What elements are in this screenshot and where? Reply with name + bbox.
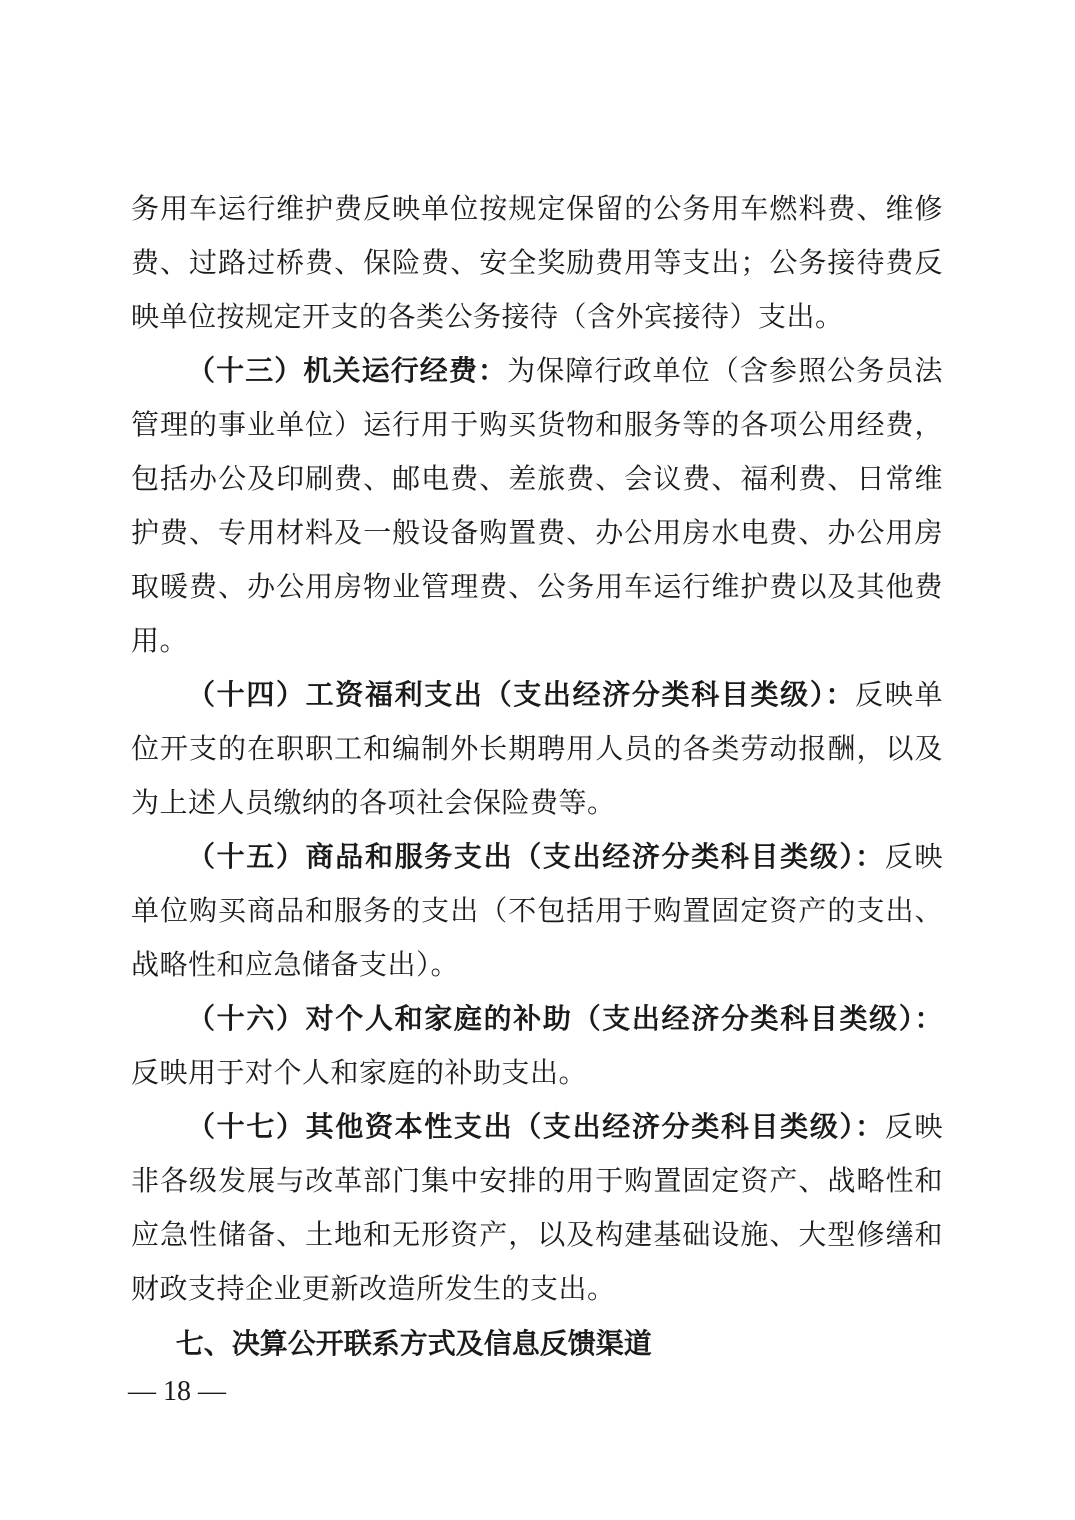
line-regular-segment: 包括办公及印刷费、邮电费、差旅费、会议费、福利费、日常维 bbox=[131, 464, 943, 495]
text-line: 映单位按规定开支的各类公务接待（含外宾接待）支出。 bbox=[131, 291, 943, 345]
text-line: 取暖费、办公用房物业管理费、公务用车运行维护费以及其他费 bbox=[131, 561, 943, 615]
text-line: 单位购买商品和服务的支出（不包括用于购置固定资产的支出、 bbox=[131, 885, 943, 939]
line-bold-segment: 七、决算公开联系方式及信息反馈渠道 bbox=[176, 1328, 652, 1359]
line-regular-segment: 费、过路过桥费、保险费、安全奖励费用等支出；公务接待费反 bbox=[131, 248, 943, 279]
line-regular-segment: 为上述人员缴纳的各项社会保险费等。 bbox=[131, 788, 616, 819]
line-regular-segment: 务用车运行维护费反映单位按规定保留的公务用车燃料费、维修 bbox=[131, 194, 943, 225]
text-line: 务用车运行维护费反映单位按规定保留的公务用车燃料费、维修 bbox=[131, 183, 943, 237]
line-bold-segment: （十三）机关运行经费： bbox=[187, 356, 507, 387]
text-line: 护费、专用材料及一般设备购置费、办公用房水电费、办公用房 bbox=[131, 507, 943, 561]
text-line: （十六）对个人和家庭的补助（支出经济分类科目类级）： bbox=[131, 993, 943, 1047]
document-page: 务用车运行维护费反映单位按规定保留的公务用车燃料费、维修 费、过路过桥费、保险费… bbox=[0, 0, 1075, 1520]
text-line: 反映用于对个人和家庭的补助支出。 bbox=[131, 1047, 943, 1101]
line-bold-segment: （十七）其他资本性支出（支出经济分类科目类级）： bbox=[187, 1112, 885, 1143]
text-line: 管理的事业单位）运行用于购买货物和服务等的各项公用经费， bbox=[131, 399, 943, 453]
line-bold-segment: （十五）商品和服务支出（支出经济分类科目类级）： bbox=[187, 842, 885, 873]
line-regular-segment: 非各级发展与改革部门集中安排的用于购置固定资产、战略性和 bbox=[131, 1166, 943, 1197]
line-regular-segment: 单位购买商品和服务的支出（不包括用于购置固定资产的支出、 bbox=[131, 896, 943, 927]
line-regular-segment: 为保障行政单位（含参照公务员法 bbox=[507, 356, 943, 387]
text-block: 务用车运行维护费反映单位按规定保留的公务用车燃料费、维修 费、过路过桥费、保险费… bbox=[131, 183, 943, 1371]
text-line: （十七）其他资本性支出（支出经济分类科目类级）：反映 bbox=[131, 1101, 943, 1155]
text-line: 位开支的在职职工和编制外长期聘用人员的各类劳动报酬，以及 bbox=[131, 723, 943, 777]
text-line: 非各级发展与改革部门集中安排的用于购置固定资产、战略性和 bbox=[131, 1155, 943, 1209]
text-line: （十三）机关运行经费：为保障行政单位（含参照公务员法 bbox=[131, 345, 943, 399]
line-regular-segment: 管理的事业单位）运行用于购买货物和服务等的各项公用经费， bbox=[131, 410, 943, 441]
line-regular-segment: 应急性储备、土地和无形资产，以及构建基础设施、大型修缮和 bbox=[131, 1220, 943, 1251]
text-line: 应急性储备、土地和无形资产，以及构建基础设施、大型修缮和 bbox=[131, 1209, 943, 1263]
line-regular-segment: 财政支持企业更新改造所发生的支出。 bbox=[131, 1274, 616, 1305]
line-regular-segment: 护费、专用材料及一般设备购置费、办公用房水电费、办公用房 bbox=[131, 518, 943, 549]
text-line: 财政支持企业更新改造所发生的支出。 bbox=[131, 1263, 943, 1317]
line-regular-segment: 用。 bbox=[131, 626, 188, 657]
line-bold-segment: （十六）对个人和家庭的补助（支出经济分类科目类级）： bbox=[187, 1004, 943, 1035]
line-regular-segment: 位开支的在职职工和编制外长期聘用人员的各类劳动报酬，以及 bbox=[131, 734, 943, 765]
line-regular-segment: 战略性和应急储备支出）。 bbox=[131, 950, 459, 981]
line-regular-segment: 反映 bbox=[885, 842, 943, 873]
text-line: 用。 bbox=[131, 615, 943, 669]
text-line: 战略性和应急储备支出）。 bbox=[131, 939, 943, 993]
text-line: 费、过路过桥费、保险费、安全奖励费用等支出；公务接待费反 bbox=[131, 237, 943, 291]
line-regular-segment: 反映用于对个人和家庭的补助支出。 bbox=[131, 1058, 587, 1089]
text-line: （十五）商品和服务支出（支出经济分类科目类级）：反映 bbox=[131, 831, 943, 885]
text-line: 七、决算公开联系方式及信息反馈渠道 bbox=[131, 1317, 943, 1371]
line-regular-segment: 反映 bbox=[885, 1112, 943, 1143]
page-number: — 18 — bbox=[128, 1370, 226, 1414]
line-bold-segment: （十四）工资福利支出（支出经济分类科目类级）： bbox=[187, 680, 855, 711]
line-regular-segment: 反映单 bbox=[855, 680, 943, 711]
text-line: 为上述人员缴纳的各项社会保险费等。 bbox=[131, 777, 943, 831]
text-line: （十四）工资福利支出（支出经济分类科目类级）：反映单 bbox=[131, 669, 943, 723]
line-regular-segment: 取暖费、办公用房物业管理费、公务用车运行维护费以及其他费 bbox=[131, 572, 943, 603]
line-regular-segment: 映单位按规定开支的各类公务接待（含外宾接待）支出。 bbox=[131, 302, 844, 333]
text-line: 包括办公及印刷费、邮电费、差旅费、会议费、福利费、日常维 bbox=[131, 453, 943, 507]
